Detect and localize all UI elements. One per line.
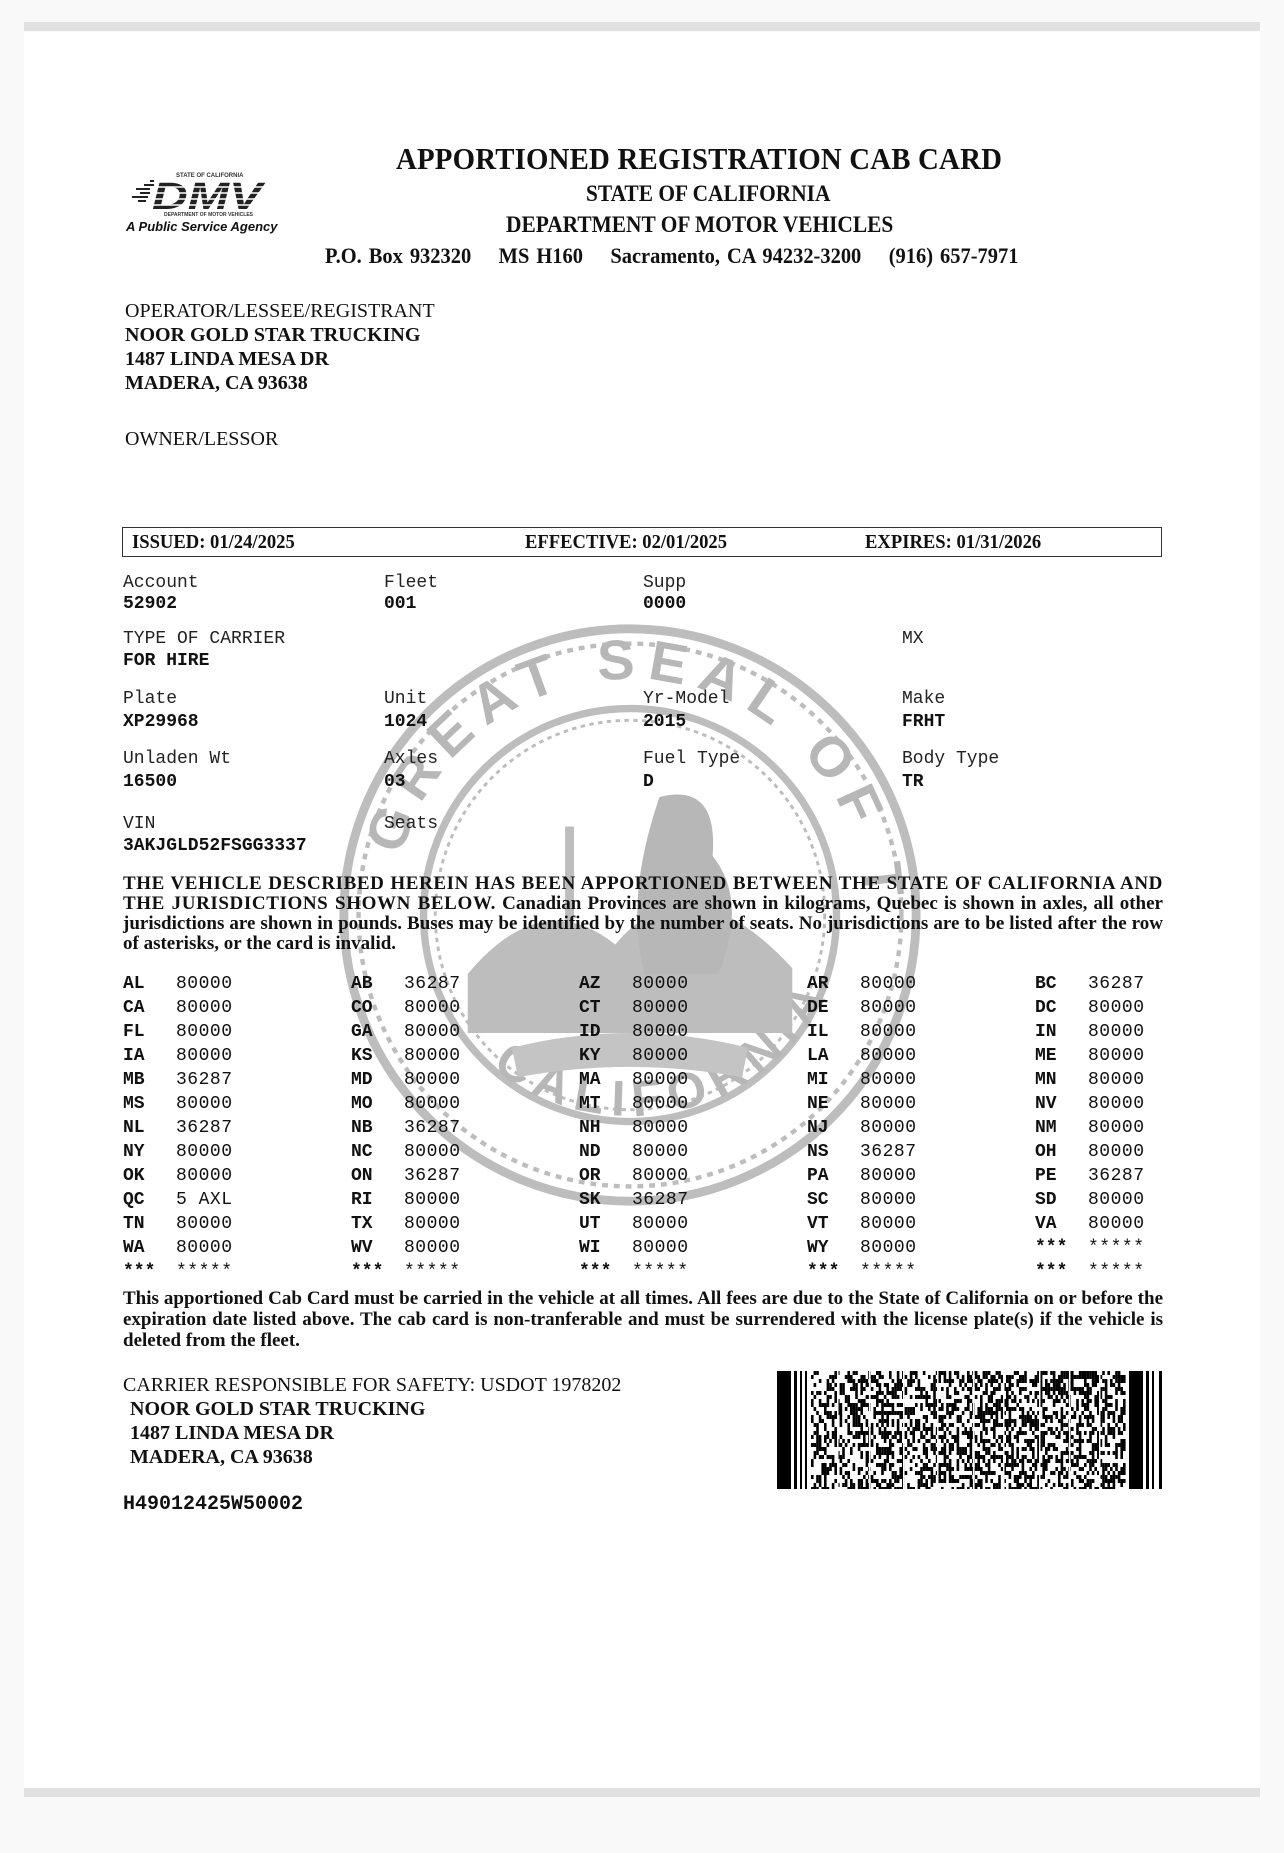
jurisdiction-weight: ***** bbox=[860, 1262, 917, 1282]
fleet-label: Fleet bbox=[384, 573, 438, 593]
jurisdiction-weight: 80000 bbox=[404, 1022, 461, 1042]
jurisdiction-code: NS bbox=[807, 1142, 829, 1162]
top-page-edge bbox=[24, 22, 1260, 31]
plate-label: Plate bbox=[123, 689, 177, 709]
body-type-value: TR bbox=[902, 772, 924, 792]
jurisdiction-weight: 80000 bbox=[404, 1238, 461, 1258]
fuel-type-label: Fuel Type bbox=[643, 749, 740, 769]
registrant-label: OPERATOR/LESSEE/REGISTRANT bbox=[125, 299, 435, 323]
jurisdiction-code: CA bbox=[123, 998, 145, 1018]
jurisdiction-code: MA bbox=[579, 1070, 601, 1090]
seats-label: Seats bbox=[384, 814, 438, 834]
issued-date: ISSUED: 01/24/2025 bbox=[132, 531, 295, 554]
jurisdiction-weight: 80000 bbox=[176, 974, 233, 994]
jurisdiction-code: BC bbox=[1035, 974, 1057, 994]
jurisdiction-weight: 5 AXL bbox=[176, 1190, 233, 1210]
jurisdiction-weight: 80000 bbox=[1088, 998, 1145, 1018]
jurisdiction-code: KY bbox=[579, 1046, 601, 1066]
jurisdiction-weight: 80000 bbox=[1088, 1190, 1145, 1210]
jurisdiction-weight: 80000 bbox=[176, 1166, 233, 1186]
jurisdiction-code: ME bbox=[1035, 1046, 1057, 1066]
jurisdiction-code: NC bbox=[351, 1142, 373, 1162]
axles-label: Axles bbox=[384, 749, 438, 769]
jurisdiction-weight: 80000 bbox=[1088, 1118, 1145, 1138]
jurisdiction-code: SD bbox=[1035, 1190, 1057, 1210]
mx-label: MX bbox=[902, 629, 924, 649]
jurisdiction-code: DE bbox=[807, 998, 829, 1018]
jurisdiction-weight: 80000 bbox=[860, 1214, 917, 1234]
jurisdiction-weight: ***** bbox=[404, 1262, 461, 1282]
jurisdiction-weight: 80000 bbox=[176, 1022, 233, 1042]
jurisdiction-weight: 80000 bbox=[632, 1118, 689, 1138]
document-id: H49012425W50002 bbox=[123, 1493, 303, 1516]
jurisdiction-weight: 80000 bbox=[632, 974, 689, 994]
yr-model-label: Yr-Model bbox=[643, 689, 729, 709]
jurisdiction-code: VT bbox=[807, 1214, 829, 1234]
jurisdiction-weight: 80000 bbox=[404, 1094, 461, 1114]
jurisdiction-code: OK bbox=[123, 1166, 145, 1186]
department-name: DEPARTMENT OF MOTOR VEHICLES bbox=[506, 212, 893, 238]
jurisdiction-code: *** bbox=[579, 1262, 611, 1282]
jurisdiction-weight: 36287 bbox=[176, 1118, 233, 1138]
jurisdiction-code: AL bbox=[123, 974, 145, 994]
apportionment-notice: THE VEHICLE DESCRIBED HEREIN HAS BEEN AP… bbox=[123, 874, 1163, 954]
phone: (916) 657-7971 bbox=[889, 243, 1019, 268]
jurisdiction-weight: 36287 bbox=[404, 1118, 461, 1138]
jurisdiction-weight: 80000 bbox=[1088, 1094, 1145, 1114]
registrant-street: 1487 LINDA MESA DR bbox=[125, 347, 435, 371]
jurisdiction-code: WY bbox=[807, 1238, 829, 1258]
jurisdiction-weight: 80000 bbox=[176, 1094, 233, 1114]
jurisdiction-weight: 80000 bbox=[176, 998, 233, 1018]
jurisdiction-weight: 80000 bbox=[632, 1238, 689, 1258]
plate-value: XP29968 bbox=[123, 712, 199, 732]
supp-value: 0000 bbox=[643, 594, 686, 614]
jurisdiction-weight: 80000 bbox=[404, 998, 461, 1018]
jurisdiction-weight: 36287 bbox=[860, 1142, 917, 1162]
jurisdiction-weight: 36287 bbox=[632, 1190, 689, 1210]
carrier-city: MADERA, CA 93638 bbox=[123, 1445, 621, 1469]
jurisdiction-weight: 80000 bbox=[860, 1190, 917, 1210]
jurisdiction-weight: 80000 bbox=[860, 1046, 917, 1066]
supp-label: Supp bbox=[643, 573, 686, 593]
unladen-wt-value: 16500 bbox=[123, 772, 177, 792]
department-address: P.O. Box 932320 MS H160 Sacramento, CA 9… bbox=[325, 243, 1039, 269]
jurisdiction-weight: 80000 bbox=[176, 1142, 233, 1162]
jurisdiction-weight: 36287 bbox=[404, 974, 461, 994]
jurisdiction-code: NE bbox=[807, 1094, 829, 1114]
registrant-block: OPERATOR/LESSEE/REGISTRANT NOOR GOLD STA… bbox=[125, 299, 435, 395]
state-name: STATE OF CALIFORNIA bbox=[586, 181, 830, 207]
jurisdiction-weight: 80000 bbox=[860, 1238, 917, 1258]
jurisdiction-weight: 80000 bbox=[176, 1214, 233, 1234]
jurisdiction-weight: 80000 bbox=[1088, 1022, 1145, 1042]
jurisdiction-weight: 80000 bbox=[404, 1142, 461, 1162]
carrier-name: NOOR GOLD STAR TRUCKING bbox=[123, 1397, 621, 1421]
jurisdiction-code: AR bbox=[807, 974, 829, 994]
jurisdiction-code: AZ bbox=[579, 974, 601, 994]
jurisdiction-code: ID bbox=[579, 1022, 601, 1042]
jurisdiction-code: UT bbox=[579, 1214, 601, 1234]
vin-value: 3AKJGLD52FSGG3337 bbox=[123, 836, 307, 856]
pdf417-barcode bbox=[777, 1371, 1165, 1489]
logo-tagline: A Public Service Agency bbox=[126, 219, 278, 234]
make-label: Make bbox=[902, 689, 945, 709]
jurisdiction-weight: 80000 bbox=[404, 1214, 461, 1234]
jurisdiction-weight: 36287 bbox=[404, 1166, 461, 1186]
jurisdiction-code: NV bbox=[1035, 1094, 1057, 1114]
carrier-block: CARRIER RESPONSIBLE FOR SAFETY: USDOT 19… bbox=[123, 1373, 621, 1469]
jurisdiction-code: IN bbox=[1035, 1022, 1057, 1042]
jurisdiction-weight: 80000 bbox=[860, 1022, 917, 1042]
jurisdiction-weight: 80000 bbox=[1088, 1142, 1145, 1162]
account-value: 52902 bbox=[123, 594, 177, 614]
jurisdiction-code: NH bbox=[579, 1118, 601, 1138]
jurisdiction-code: TN bbox=[123, 1214, 145, 1234]
expires-date: EXPIRES: 01/31/2026 bbox=[865, 531, 1041, 554]
jurisdiction-weight: 80000 bbox=[632, 1142, 689, 1162]
axles-value: 03 bbox=[384, 772, 406, 792]
jurisdiction-code: AB bbox=[351, 974, 373, 994]
jurisdiction-code: FL bbox=[123, 1022, 145, 1042]
jurisdiction-code: *** bbox=[807, 1262, 839, 1282]
jurisdiction-weight: 36287 bbox=[1088, 974, 1145, 994]
jurisdiction-code: MI bbox=[807, 1070, 829, 1090]
jurisdiction-code: NJ bbox=[807, 1118, 829, 1138]
jurisdiction-code: DC bbox=[1035, 998, 1057, 1018]
jurisdiction-code: *** bbox=[123, 1262, 155, 1282]
city: Sacramento, CA 94232-3200 bbox=[610, 243, 861, 268]
jurisdiction-code: NL bbox=[123, 1118, 145, 1138]
jurisdiction-code: LA bbox=[807, 1046, 829, 1066]
jurisdiction-weight: ***** bbox=[176, 1262, 233, 1282]
jurisdiction-weight: ***** bbox=[1088, 1262, 1145, 1282]
jurisdiction-weight: 80000 bbox=[632, 1166, 689, 1186]
jurisdiction-weight: 80000 bbox=[632, 1046, 689, 1066]
jurisdiction-code: WV bbox=[351, 1238, 373, 1258]
jurisdiction-code: CT bbox=[579, 998, 601, 1018]
make-value: FRHT bbox=[902, 712, 945, 732]
jurisdiction-weight: 80000 bbox=[404, 1070, 461, 1090]
jurisdiction-code: MD bbox=[351, 1070, 373, 1090]
jurisdiction-weight: ***** bbox=[632, 1262, 689, 1282]
jurisdiction-weight: 80000 bbox=[860, 1166, 917, 1186]
jurisdiction-code: WI bbox=[579, 1238, 601, 1258]
jurisdiction-weight: 80000 bbox=[632, 1022, 689, 1042]
unit-label: Unit bbox=[384, 689, 427, 709]
jurisdiction-weight: 80000 bbox=[860, 974, 917, 994]
jurisdiction-code: CO bbox=[351, 998, 373, 1018]
account-label: Account bbox=[123, 573, 199, 593]
jurisdiction-weight: 80000 bbox=[176, 1046, 233, 1066]
jurisdiction-weight: 80000 bbox=[632, 1214, 689, 1234]
yr-model-value: 2015 bbox=[643, 712, 686, 732]
jurisdiction-weight: 80000 bbox=[860, 1094, 917, 1114]
body-type-label: Body Type bbox=[902, 749, 999, 769]
carrier-street: 1487 LINDA MESA DR bbox=[123, 1421, 621, 1445]
jurisdiction-weight: 80000 bbox=[404, 1190, 461, 1210]
jurisdiction-weight: 36287 bbox=[176, 1070, 233, 1090]
jurisdiction-code: GA bbox=[351, 1022, 373, 1042]
svg-text:DEPARTMENT OF MOTOR VEHICLES: DEPARTMENT OF MOTOR VEHICLES bbox=[164, 212, 254, 218]
document-title: APPORTIONED REGISTRATION CAB CARD bbox=[396, 141, 1002, 177]
jurisdiction-code: TX bbox=[351, 1214, 373, 1234]
jurisdiction-weight: 80000 bbox=[1088, 1214, 1145, 1234]
effective-date: EFFECTIVE: 02/01/2025 bbox=[525, 531, 727, 554]
jurisdiction-weight: 80000 bbox=[404, 1046, 461, 1066]
jurisdiction-code: IA bbox=[123, 1046, 145, 1066]
jurisdiction-weight: 80000 bbox=[1088, 1046, 1145, 1066]
fleet-value: 001 bbox=[384, 594, 416, 614]
unit-value: 1024 bbox=[384, 712, 427, 732]
jurisdiction-weight: 80000 bbox=[1088, 1070, 1145, 1090]
jurisdiction-code: NM bbox=[1035, 1118, 1057, 1138]
jurisdiction-code: ND bbox=[579, 1142, 601, 1162]
jurisdiction-code: PA bbox=[807, 1166, 829, 1186]
jurisdiction-weight: 36287 bbox=[1088, 1166, 1145, 1186]
jurisdiction-weight: 80000 bbox=[860, 1070, 917, 1090]
jurisdiction-weight: 80000 bbox=[860, 1118, 917, 1138]
vin-label: VIN bbox=[123, 814, 155, 834]
jurisdiction-code: OR bbox=[579, 1166, 601, 1186]
jurisdiction-code: VA bbox=[1035, 1214, 1057, 1234]
unladen-wt-label: Unladen Wt bbox=[123, 749, 231, 769]
jurisdiction-code: NY bbox=[123, 1142, 145, 1162]
owner-label: OWNER/LESSOR bbox=[125, 427, 278, 451]
po-box: P.O. Box 932320 bbox=[325, 243, 471, 268]
jurisdiction-code: MB bbox=[123, 1070, 145, 1090]
jurisdiction-code: SK bbox=[579, 1190, 601, 1210]
jurisdiction-code: NB bbox=[351, 1118, 373, 1138]
jurisdiction-code: *** bbox=[1035, 1238, 1067, 1258]
jurisdiction-weight: 80000 bbox=[632, 1070, 689, 1090]
carrier-type-label: TYPE OF CARRIER bbox=[123, 629, 285, 649]
jurisdiction-code: MO bbox=[351, 1094, 373, 1114]
jurisdiction-code: QC bbox=[123, 1190, 145, 1210]
jurisdiction-code: MS bbox=[123, 1094, 145, 1114]
cab-card-footnote: This apportioned Cab Card must be carrie… bbox=[123, 1288, 1163, 1351]
dates-box: ISSUED: 01/24/2025 EFFECTIVE: 02/01/2025… bbox=[122, 527, 1162, 557]
jurisdiction-code: KS bbox=[351, 1046, 373, 1066]
bottom-page-edge bbox=[24, 1788, 1260, 1797]
jurisdiction-code: WA bbox=[123, 1238, 145, 1258]
jurisdiction-weight: 80000 bbox=[632, 998, 689, 1018]
mail-stop: MS H160 bbox=[499, 243, 583, 268]
jurisdiction-weight: 80000 bbox=[176, 1238, 233, 1258]
fuel-type-value: D bbox=[643, 772, 654, 792]
jurisdiction-code: SC bbox=[807, 1190, 829, 1210]
jurisdiction-code: MN bbox=[1035, 1070, 1057, 1090]
jurisdiction-code: IL bbox=[807, 1022, 829, 1042]
jurisdiction-code: ON bbox=[351, 1166, 373, 1186]
jurisdiction-weight: ***** bbox=[1088, 1238, 1145, 1258]
jurisdiction-code: RI bbox=[351, 1190, 373, 1210]
carrier-safety-label: CARRIER RESPONSIBLE FOR SAFETY: USDOT 19… bbox=[123, 1373, 621, 1397]
jurisdiction-code: *** bbox=[351, 1262, 383, 1282]
jurisdiction-code: OH bbox=[1035, 1142, 1057, 1162]
carrier-type-value: FOR HIRE bbox=[123, 651, 209, 671]
registrant-name: NOOR GOLD STAR TRUCKING bbox=[125, 323, 435, 347]
jurisdiction-code: MT bbox=[579, 1094, 601, 1114]
jurisdiction-code: PE bbox=[1035, 1166, 1057, 1186]
jurisdiction-weight: 80000 bbox=[860, 998, 917, 1018]
registrant-city: MADERA, CA 93638 bbox=[125, 371, 435, 395]
jurisdiction-weight: 80000 bbox=[632, 1094, 689, 1114]
jurisdiction-code: *** bbox=[1035, 1262, 1067, 1282]
